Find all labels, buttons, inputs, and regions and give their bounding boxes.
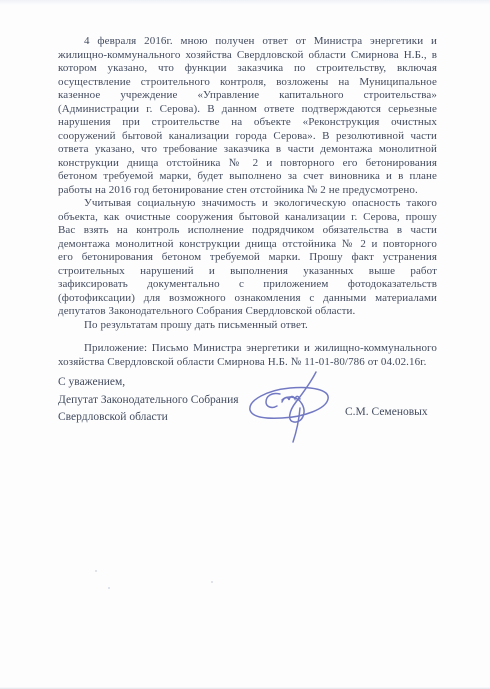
text-line: осуществление строительного контроля, во… — [58, 76, 437, 90]
text-line: Приложение: Письмо Министра энергетики и… — [58, 342, 437, 356]
text-line: бетоном требуемой марки, будет выполнено… — [58, 170, 437, 184]
text-line: его бетонирования бетоном требуемой марк… — [58, 251, 437, 265]
text-line: казенное учреждение «Управление капиталь… — [58, 89, 437, 103]
text-line: сооружений бытовой канализации города Се… — [58, 130, 437, 144]
text-line: котором указано, что функции заказчика п… — [58, 62, 437, 76]
text-line: нарушения при строительстве на объекте «… — [58, 116, 437, 130]
text-line: (фотофиксации) для возможного ознакомлен… — [58, 292, 437, 306]
paragraph-spacer — [58, 332, 437, 342]
scan-speck — [108, 587, 110, 589]
text-line: жилищно-коммунального хозяйства Свердлов… — [58, 49, 437, 63]
text-line: ответа указано, что требование заказчика… — [58, 143, 437, 157]
scan-edge-artifact-top — [0, 0, 490, 5]
signer-title-line-2: Свердловской области — [58, 409, 239, 426]
text-line: По результатам прошу дать письменный отв… — [58, 319, 437, 333]
signer-name: С.М. Семеновых — [345, 404, 428, 421]
text-line: объекта, как очистные сооружения бытовой… — [58, 211, 437, 225]
scanned-letter-page: 4 февраля 2016г. мною получен ответ от М… — [0, 0, 490, 689]
closing-salutation: С уважением, — [58, 374, 239, 391]
closing-block: С уважением, Депутат Законодательного Со… — [58, 374, 239, 426]
text-line: работы на 2016 год бетонирование стен от… — [58, 184, 437, 198]
text-line: 4 февраля 2016г. мною получен ответ от М… — [58, 35, 437, 49]
letter-body: 4 февраля 2016г. мною получен ответ от М… — [58, 35, 437, 369]
scan-speck — [95, 570, 97, 572]
text-line: демонтажа монолитной конструкции днища о… — [58, 238, 437, 252]
text-line: конструкции днища отстойника № 2 и повто… — [58, 157, 437, 171]
signer-title-line-1: Депутат Законодательного Собрания — [58, 392, 239, 409]
scan-speck — [211, 581, 213, 583]
handwritten-signature — [240, 366, 344, 450]
text-line: зафиксировать документально с приложение… — [58, 278, 437, 292]
text-line: Вас взять на контроль исполнение подрядч… — [58, 224, 437, 238]
text-line: Учитывая социальную значимость и экологи… — [58, 197, 437, 211]
text-line: депутатов Законодательного Собрания Свер… — [58, 305, 437, 319]
text-line: строительных нарушений и выполнения указ… — [58, 265, 437, 279]
text-line: (Администрации г. Серова). В данном отве… — [58, 103, 437, 117]
